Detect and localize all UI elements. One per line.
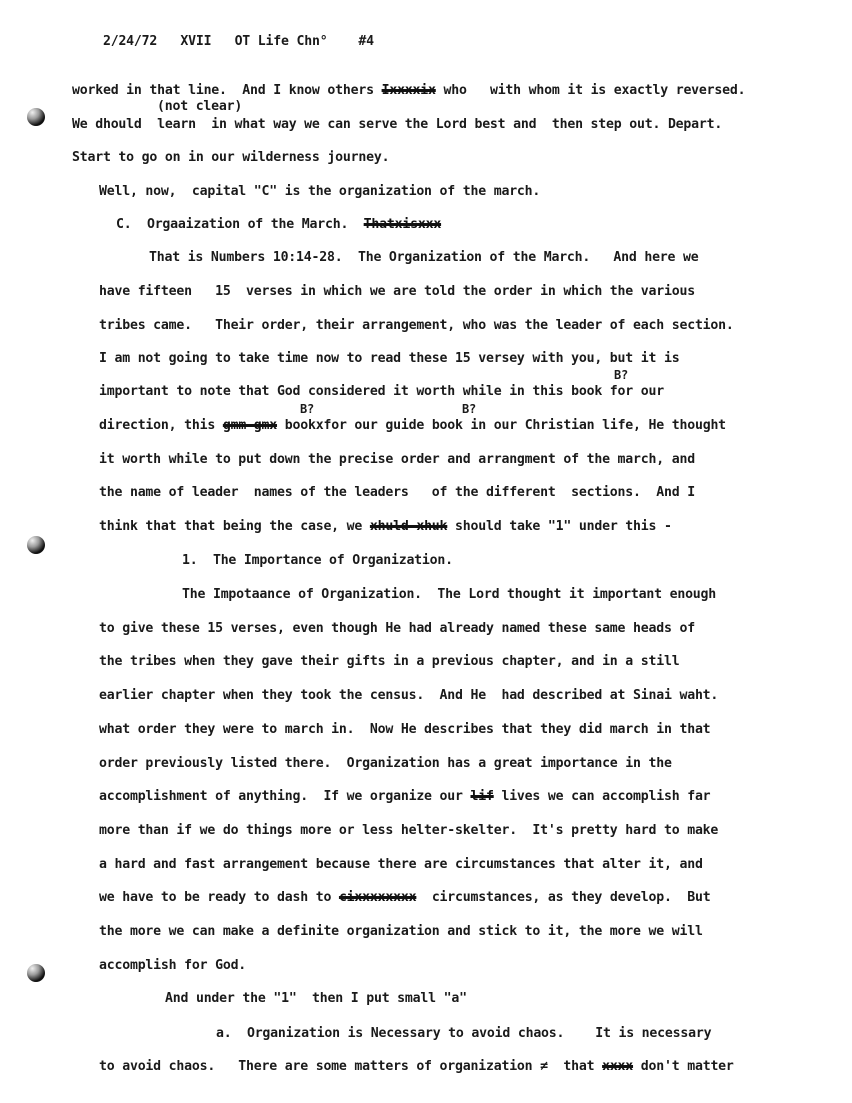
binder-hole-icon — [27, 108, 45, 126]
text-line: what order they were to march in. Now He… — [99, 722, 710, 738]
text-line: we have to be ready to dash to cixxxxxxx… — [99, 890, 710, 906]
header-page-number: #4 — [358, 34, 373, 49]
handwritten-note: (not clear) — [157, 99, 242, 115]
section-heading-a: a. Organization is Necessary to avoid ch… — [216, 1026, 711, 1042]
text-line: to avoid chaos. There are some matters o… — [99, 1059, 734, 1075]
text-line: the name of leader names of the leaders … — [99, 485, 695, 501]
text-line: to give these 15 verses, even though He … — [99, 621, 695, 637]
text-line: order previously listed there. Organizat… — [99, 756, 672, 772]
text-line: Start to go on in our wilderness journey… — [72, 150, 389, 166]
text-line: have fifteen 15 verses in which we are t… — [99, 284, 695, 300]
scanned-document-page: 2/24/72 XVII OT Life Chn° #4 worked in t… — [0, 0, 852, 1103]
text-line: direction, this gmm gmx bookxfor our gui… — [99, 418, 726, 434]
text-line: I am not going to take time now to read … — [99, 351, 679, 367]
text-line: tribes came. Their order, their arrangem… — [99, 318, 734, 334]
text-line: accomplishment of anything. If we organi… — [99, 789, 710, 805]
binder-hole-icon — [27, 964, 45, 982]
section-heading-c: C. Orgaaization of the March. Thatxisxxx — [116, 217, 441, 233]
text-line: a hard and fast arrangement because ther… — [99, 857, 703, 873]
text-line: the more we can make a definite organiza… — [99, 924, 703, 940]
header-date: 2/24/72 — [103, 34, 157, 49]
text-line: That is Numbers 10:14-28. The Organizati… — [149, 250, 699, 266]
margin-annotation: B? — [300, 401, 314, 417]
struck-text: gmm gmx — [223, 418, 277, 433]
text-line: think that that being the case, we xhuld… — [99, 519, 672, 535]
margin-annotation: B? — [614, 367, 628, 383]
text-line: the tribes when they gave their gifts in… — [99, 654, 679, 670]
text-line: accomplish for God. — [99, 958, 246, 974]
struck-text: Ixxxxix — [382, 83, 436, 98]
text-line: worked in that line. And I know others I… — [72, 83, 745, 99]
text-line: The Impotaance of Organization. The Lord… — [182, 587, 716, 603]
text-line: Well, now, capital "C" is the organizati… — [99, 184, 540, 200]
text-line: important to note that God considered it… — [99, 384, 664, 400]
struck-text: xxxx — [602, 1059, 633, 1074]
text-line: it worth while to put down the precise o… — [99, 452, 695, 468]
document-header: 2/24/72 XVII OT Life Chn° #4 — [72, 18, 374, 66]
section-heading-1: 1. The Importance of Organization. — [182, 553, 453, 569]
text-line: We dhould learn in what way we can serve… — [72, 117, 722, 133]
margin-annotation: B? — [462, 401, 476, 417]
text-line: And under the "1" then I put small "a" — [165, 991, 467, 1007]
binder-hole-icon — [27, 536, 45, 554]
text-line: more than if we do things more or less h… — [99, 823, 718, 839]
struck-text: lif — [471, 789, 494, 804]
header-course: OT Life Chn° — [235, 34, 328, 49]
struck-text: Thatxisxxx — [364, 217, 441, 232]
text-line: earlier chapter when they took the censu… — [99, 688, 718, 704]
struck-text: cixxxxxxxx — [339, 890, 416, 905]
struck-text: xhuld xhuk — [370, 519, 447, 534]
header-lecture: XVII — [180, 34, 211, 49]
